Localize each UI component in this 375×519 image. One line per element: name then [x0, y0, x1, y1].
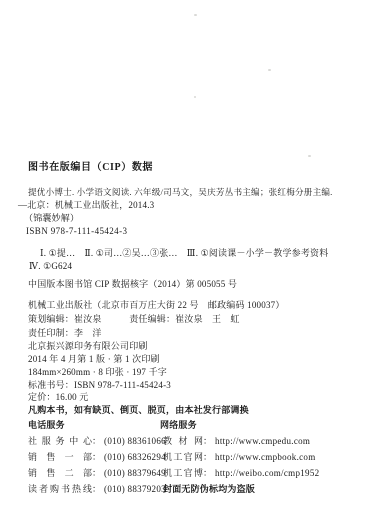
cip-record-number: 中国版本图书馆 CIP 数据核字（2014）第 005055 号 — [28, 279, 237, 290]
scan-speck — [194, 14, 197, 16]
site-url: http://www.cmpedu.com — [215, 436, 310, 447]
phone-number: (010) 88379649 — [104, 468, 166, 479]
network-service-header: 网络服务 — [160, 420, 197, 431]
colon: ： — [92, 484, 101, 495]
phone-label: 读者购书热线 — [28, 484, 92, 495]
scan-speck — [268, 69, 271, 71]
scan-speck — [194, 96, 196, 98]
phone-number: (010) 88379203 — [104, 484, 166, 495]
colon: ： — [203, 452, 212, 463]
site-label: 机工官网 — [163, 452, 203, 463]
colon: ： — [92, 436, 101, 447]
copyright-page: 图书在版编目（CIP）数据 提优小博士. 小学语文阅读. 六年级/司马文，吴庆芳… — [0, 0, 375, 519]
editors-line: 策划编辑：崔汝泉 责任编辑：崔汝泉 王 虹 — [28, 314, 240, 325]
anti-piracy-warning: 封面无防伪标均为盗版 — [163, 484, 255, 495]
colon: ： — [203, 468, 212, 479]
phone-label: 销售二部 — [28, 468, 92, 479]
colon: ： — [92, 452, 101, 463]
phone-service-header: 电话服务 — [28, 420, 65, 431]
phone-service-row: 销售二部：(010) 88379649 — [28, 468, 166, 479]
phone-number: (010) 68326294 — [104, 452, 166, 463]
phone-service-row: 读者购书热线：(010) 88379203 — [28, 484, 166, 495]
site-url: http://weibo.com/cmp1952 — [215, 468, 319, 479]
classification-line1: Ⅰ. ①提… Ⅱ. ①司…②吴…③张… Ⅲ. ①阅读课－小学－教学参考资料 — [40, 248, 328, 259]
edition-line: 2014 年 4 月第 1 版 · 第 1 次印刷 — [28, 354, 160, 365]
site-label: 机工官博 — [163, 468, 203, 479]
phone-number: (010) 88361066 — [104, 436, 166, 447]
network-service-row: 机工官网：http://www.cmpbook.com — [163, 452, 316, 463]
site-url: http://www.cmpbook.com — [215, 452, 316, 463]
classification-line2: Ⅳ. ①G624 — [29, 261, 72, 272]
publisher-address: 机械工业出版社（北京市百万庄大街 22 号 邮政编码 100037） — [28, 300, 285, 311]
price-line: 定价：16.00 元 — [28, 392, 89, 403]
phone-label: 社服务中心 — [28, 436, 92, 447]
network-service-row: 机工官博：http://weibo.com/cmp1952 — [163, 468, 319, 479]
network-service-row: 教材网：http://www.cmpedu.com — [163, 436, 310, 447]
cip-entry-line1: 提优小博士. 小学语文阅读. 六年级/司马文，吴庆芳丛书主编；张红梅分册主编. — [28, 187, 333, 198]
colon: ： — [92, 468, 101, 479]
exchange-notice: 凡购本书，如有缺页、倒页、脱页，由本社发行部调换 — [28, 405, 249, 416]
isbn-line: ISBN 978-7-111-45424-3 — [26, 226, 127, 237]
format-line: 184mm×260mm · 8 印张 · 197 千字 — [28, 367, 167, 378]
print-supervisor-line: 责任印制：李 洋 — [28, 328, 102, 339]
scan-speck — [308, 155, 311, 157]
phone-service-row: 社服务中心：(010) 88361066 — [28, 436, 166, 447]
phone-service-row: 销售一部：(010) 68326294 — [28, 452, 166, 463]
series-title: （锦囊妙解） — [24, 213, 79, 224]
cip-entry-line2: —北京：机械工业出版社，2014.3 — [18, 200, 154, 211]
printer-line: 北京振兴源印务有限公司印刷 — [28, 341, 148, 352]
phone-label: 销售一部 — [28, 452, 92, 463]
colon: ： — [203, 436, 212, 447]
standard-isbn-line: 标准书号：ISBN 978-7-111-45424-3 — [28, 380, 171, 391]
cip-heading: 图书在版编目（CIP）数据 — [28, 162, 153, 173]
site-label: 教材网 — [163, 436, 203, 447]
